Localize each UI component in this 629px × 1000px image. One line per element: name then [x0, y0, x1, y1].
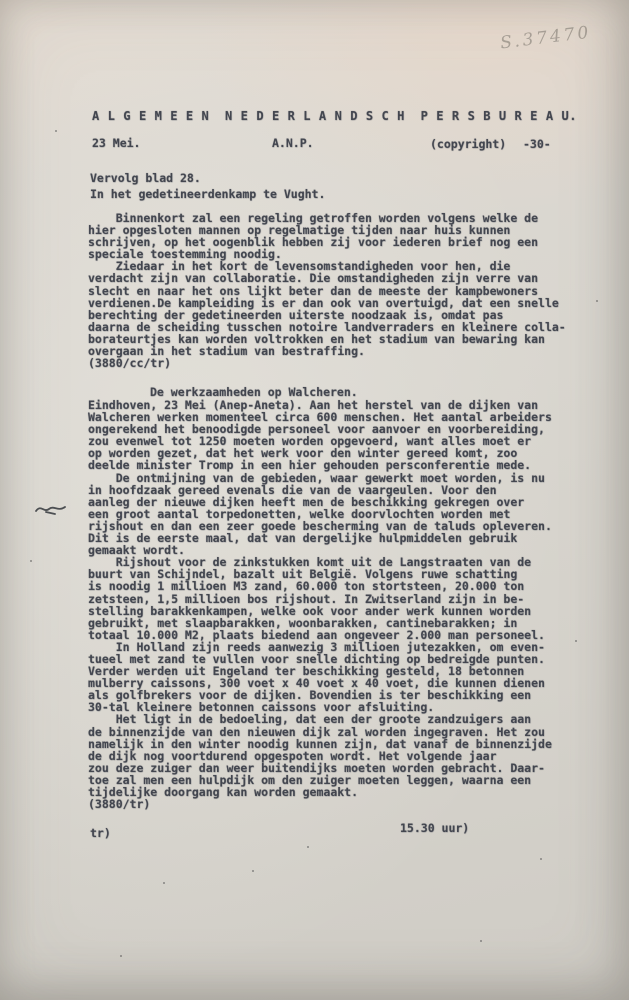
article1-title: In het gedetineerdenkamp te Vught.	[90, 188, 325, 200]
date-label: 23 Mei.	[92, 137, 140, 149]
paper-speck	[252, 870, 254, 872]
copyright-label: (copyright)	[430, 138, 506, 150]
article2-body: Eindhoven, 23 Mei (Anep-Aneta). Aan het …	[88, 399, 552, 810]
press-bureau-name: A L G E M E E N N E D E R L A N D S C H …	[92, 110, 577, 122]
paper-speck	[307, 846, 309, 848]
paper-speck	[55, 130, 57, 132]
footer-operator-code: tr)	[90, 827, 111, 839]
article2-title: De werkzaamheden op Walcheren.	[150, 386, 358, 398]
ink-squiggle-mark	[34, 498, 68, 520]
paper-speck	[480, 940, 482, 942]
continuation-label: Vervolg blad 28.	[90, 172, 201, 184]
paper-speck	[596, 300, 598, 302]
paper-speck	[120, 955, 122, 957]
paper-speck	[540, 858, 542, 860]
paper-speck	[575, 640, 577, 642]
article1-body: Binnenkort zal een regeling getroffen wo…	[88, 212, 566, 369]
photographed-document: S.37470 A L G E M E E N N E D E R L A N …	[0, 0, 629, 1000]
paper-speck	[30, 560, 32, 562]
footer-time: 15.30 uur)	[400, 822, 469, 834]
agency-abbreviation: A.N.P.	[272, 137, 314, 149]
issue-number: -30-	[523, 138, 551, 150]
paper-speck	[163, 882, 165, 884]
